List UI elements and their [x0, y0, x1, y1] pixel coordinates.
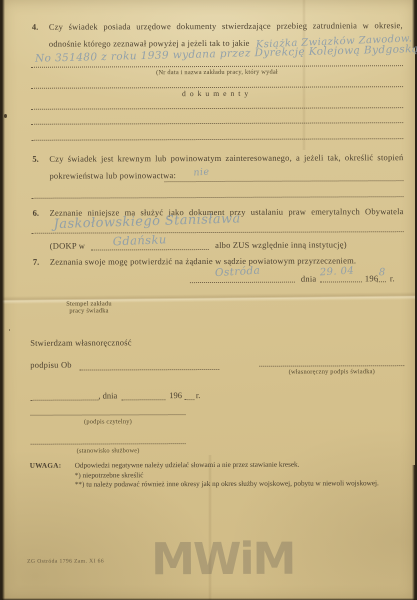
- item4-question-line1: Czy świadek posiada urzędowe dokumenty s…: [49, 20, 403, 34]
- uwaga-note2: *) niepotrzebne skreślić: [75, 470, 395, 479]
- item6-number: 6.: [33, 208, 39, 218]
- blank-dotted-line: [31, 121, 403, 125]
- r-label: r.: [390, 273, 395, 283]
- certification-dotted-line: [79, 368, 219, 371]
- printer-imprint: ZG Ostróda 1796 Zam. XI 66: [27, 558, 104, 564]
- year-blank: [184, 389, 194, 400]
- dnia-label: dnia: [301, 274, 316, 284]
- uwaga-note1: Odpowiedzi negatywne należy udzielać sło…: [75, 460, 395, 469]
- signature-caption1: (podpis czytelny): [31, 418, 186, 426]
- place-dotted-line: [190, 281, 295, 283]
- witness-signature-caption: (własnoręczny podpis świadka): [259, 368, 404, 376]
- blank-dotted-line: [32, 195, 404, 199]
- handwritten-place: Ostróda: [215, 265, 261, 280]
- r-label2: r.: [196, 390, 201, 400]
- secondary-date-line: , dnia 196 r.: [30, 389, 200, 401]
- signature-caption2: (stanowisko służbowe): [31, 447, 186, 455]
- blank-dotted-line: [31, 137, 403, 141]
- item6-dokp-line: (DOKP w Gdańsku albo ZUS względnie inną …: [50, 238, 380, 250]
- item6-dokp-suffix: albo ZUS względnie inną instytucję): [215, 239, 347, 250]
- year-prefix2: 196: [169, 390, 182, 400]
- certification-line1: Stwierdzam własnoręczność: [30, 337, 132, 347]
- item5-handwritten-answer: nie: [193, 166, 210, 178]
- date-blank: [121, 389, 165, 400]
- item5-number: 5.: [32, 154, 38, 164]
- item7-number: 7.: [33, 257, 39, 267]
- museum-watermark: MWiM: [151, 534, 321, 586]
- stamp-note: Stempel zakładu pracy świadka: [54, 300, 124, 314]
- item4-number: 4.: [32, 22, 38, 32]
- uwaga-label: UWAGA:: [30, 462, 62, 470]
- item4-dotted-line: [31, 64, 403, 68]
- item5-question-line2: pokrewieństwa lub powinowactwa:: [49, 170, 176, 181]
- witness-signature-dotted-line: [259, 364, 404, 367]
- item5-answer-dotted-line: [164, 179, 403, 182]
- place-blank: [30, 389, 98, 400]
- uwaga-note3: **) tu należy podawać również inne okres…: [75, 479, 410, 488]
- form-content: 4. Czy świadek posiada urzędowe dokument…: [1, 0, 417, 600]
- item6-dotted-line: [32, 230, 404, 234]
- handwritten-date: 29. 04: [320, 265, 355, 278]
- certification-line2: podpisu Ob: [30, 360, 71, 370]
- stamp-note-line2: pracy świadka: [54, 307, 124, 314]
- item5-question-line1: Czy świadek jest krewnym lub powinowatym…: [49, 152, 403, 166]
- handwritten-year-digit: 8: [379, 267, 386, 278]
- item4-caption-word: dokumenty: [31, 88, 403, 99]
- item7-text: Zeznania swoje mogę potwierdzić na żądan…: [50, 255, 356, 266]
- item4-caption: (Nr data i nazwa zakładu pracy, który wy…: [31, 68, 403, 77]
- dnia-label2: , dnia: [98, 390, 117, 400]
- scanned-paper-form: 4. Czy świadek posiada urzędowe dokument…: [2, 0, 415, 600]
- signature-dotted-line2: [31, 442, 186, 445]
- signature-dotted-line1: [30, 413, 185, 416]
- date-dotted-line: [320, 280, 362, 282]
- item6-dokp-dotted-segment: Gdańsku: [91, 239, 209, 251]
- item6-dokp-handwritten: Gdańsku: [113, 232, 167, 248]
- item6-dokp-prefix: (DOKP w: [50, 241, 85, 251]
- year-dotted-line: [377, 280, 386, 282]
- blank-dotted-line: [31, 106, 403, 110]
